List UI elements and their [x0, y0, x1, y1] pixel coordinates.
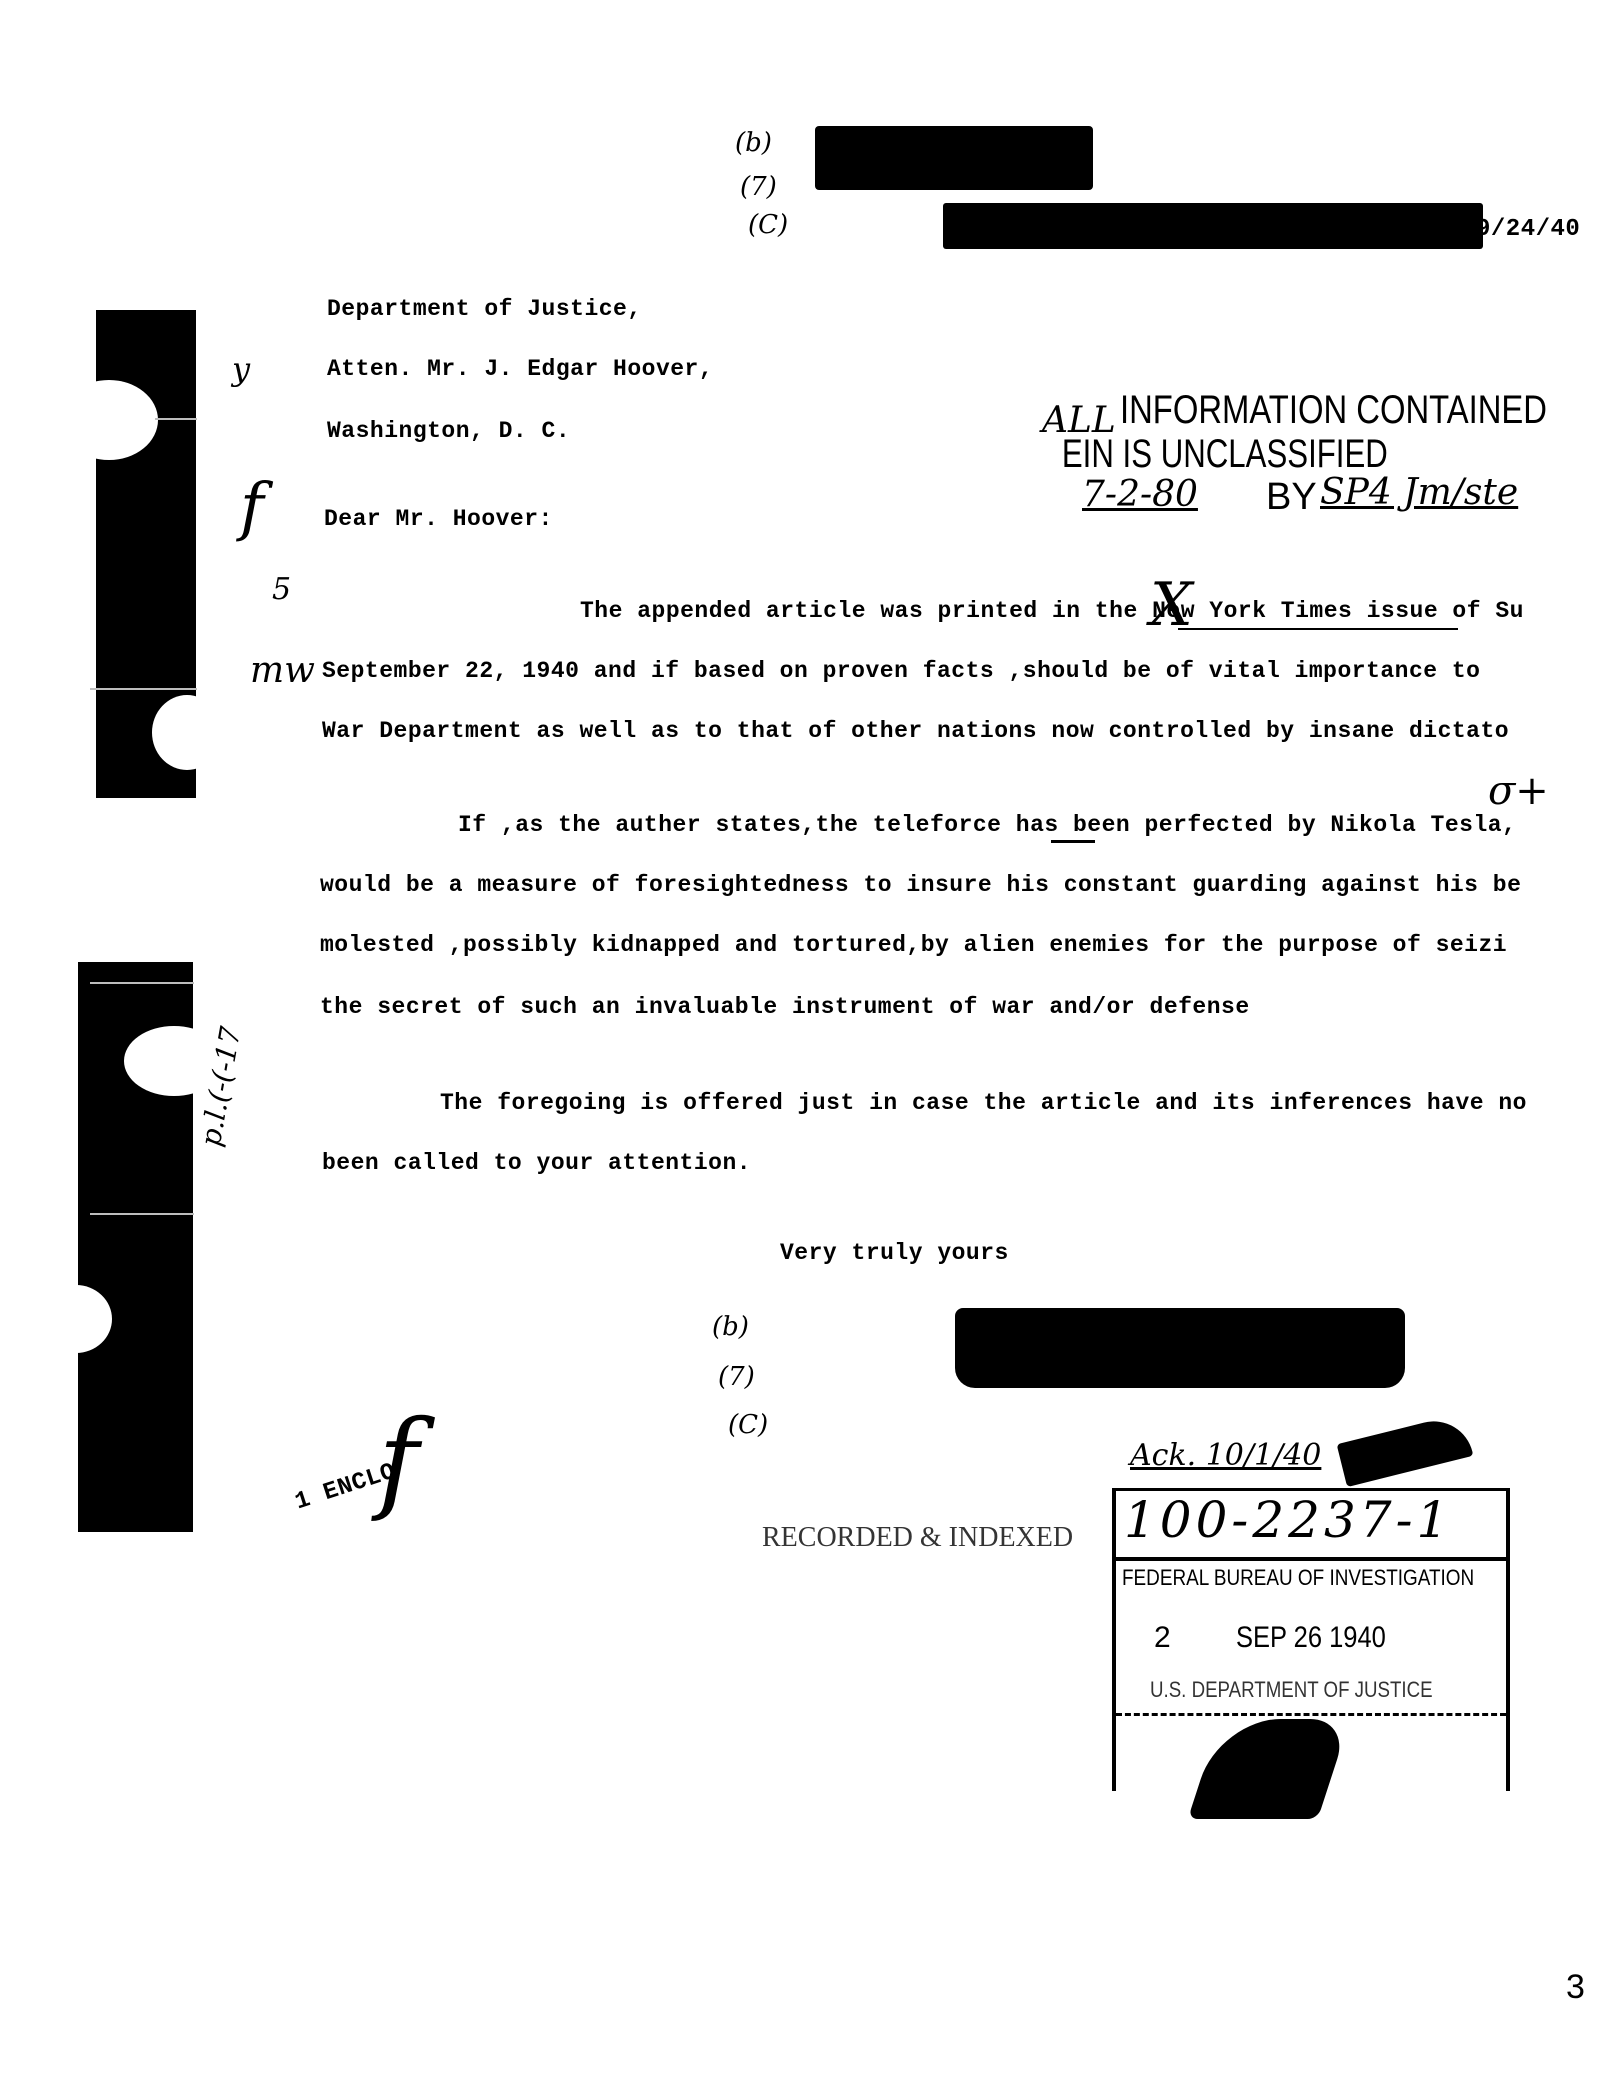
- agency-name: FEDERAL BUREAU OF INVESTIGATION: [1122, 1565, 1474, 1591]
- stamp-dashed-rule: [1116, 1713, 1506, 1716]
- exemption-mark-b: (b): [735, 128, 772, 158]
- paragraph-2-line-3: molested ,possibly kidnapped and torture…: [320, 932, 1507, 958]
- letter-date: 9/24/40: [1476, 216, 1580, 243]
- p1-line1-text: The appended article was printed in the …: [580, 598, 1524, 624]
- declass-date: 7-2-80: [1082, 474, 1198, 515]
- fbi-file-stamp: 100-2237-1 FEDERAL BUREAU OF INVESTIGATI…: [1112, 1488, 1510, 1791]
- punch-hole-1: [60, 380, 158, 460]
- margin-note-5: 5: [272, 572, 291, 607]
- department-name: U.S. DEPARTMENT OF JUSTICE: [1150, 1677, 1433, 1703]
- paragraph-1-line-2: September 22, 1940 and if based on prove…: [322, 658, 1480, 684]
- paragraph-2-line-2: would be a measure of foresightedness to…: [320, 872, 1521, 898]
- recorded-indexed-stamp: RECORDED & INDEXED: [762, 1522, 1073, 1554]
- received-date: SEP 26 1940: [1236, 1621, 1386, 1655]
- closing: Very truly yours: [780, 1240, 1009, 1266]
- exemption-mark-c: (C): [748, 210, 788, 240]
- margin-note-y: y: [232, 350, 250, 388]
- address-line-3: Washington, D. C.: [327, 418, 570, 444]
- redaction-sender-name: [815, 126, 1093, 190]
- declass-by-label: BY: [1266, 476, 1317, 519]
- address-line-2: Atten. Mr. J. Edgar Hoover,: [327, 356, 713, 382]
- page-number: 3: [1566, 1968, 1585, 2007]
- file-number: 100-2237-1: [1124, 1491, 1452, 1549]
- punch-hole-4: [40, 1285, 112, 1353]
- paragraph-3-line-1: The foregoing is offered just in case th…: [440, 1090, 1527, 1116]
- redaction-signature: [955, 1308, 1405, 1388]
- paragraph-2-line-1: If ,as the auther states,the teleforce h…: [458, 812, 1516, 838]
- declass-signature: SP4 Jm/ste: [1320, 472, 1518, 513]
- salutation: Dear Mr. Hoover:: [324, 506, 553, 532]
- redaction-sender-address: [943, 203, 1483, 249]
- address-line-1: Department of Justice,: [327, 296, 642, 322]
- file-number-rule: [1116, 1557, 1506, 1561]
- declass-line-1: INFORMATION CONTAINED: [1120, 388, 1547, 433]
- margin-note-f: f: [240, 470, 264, 544]
- paragraph-1-line-3: War Department as well as to that of oth…: [322, 718, 1509, 744]
- punch-hole-2: [152, 695, 222, 770]
- sig-exemption-mark-c: (C): [728, 1410, 768, 1440]
- handwritten-tesla-mark: σ+: [1488, 768, 1549, 814]
- strip-seam-1: [155, 418, 197, 420]
- enclosure-stamp: 1 ENCLOSURE: [292, 1440, 456, 1516]
- enclosure-initial: f: [378, 1396, 419, 1524]
- paragraph-1-line-1: The appended article was printed in the …: [580, 598, 1524, 624]
- strip-seam-2: [90, 688, 197, 690]
- received-number: 2: [1154, 1621, 1171, 1655]
- margin-note-mw: mw: [250, 650, 315, 691]
- redaction-stamp-initials: [1188, 1719, 1350, 1819]
- newspaper-underline: [1178, 628, 1458, 630]
- handwritten-ack: Ack. 10/1/40: [1130, 1438, 1321, 1473]
- redaction-ack-initials: [1337, 1413, 1474, 1487]
- declassification-stamp: ALL INFORMATION CONTAINED HEREIN IS UNCL…: [1040, 388, 1600, 528]
- sig-exemption-mark-b: (b): [712, 1312, 749, 1342]
- has-underline: [1051, 840, 1095, 843]
- handwritten-x-mark: X: [1150, 570, 1193, 640]
- strip-seam-4: [90, 1213, 194, 1215]
- exemption-mark-7: (7): [740, 172, 777, 202]
- sig-exemption-mark-7: (7): [718, 1362, 755, 1392]
- paragraph-3-line-2: been called to your attention.: [322, 1150, 751, 1176]
- strip-seam-3: [90, 982, 194, 984]
- paragraph-2-line-4: the secret of such an invaluable instrum…: [320, 994, 1250, 1020]
